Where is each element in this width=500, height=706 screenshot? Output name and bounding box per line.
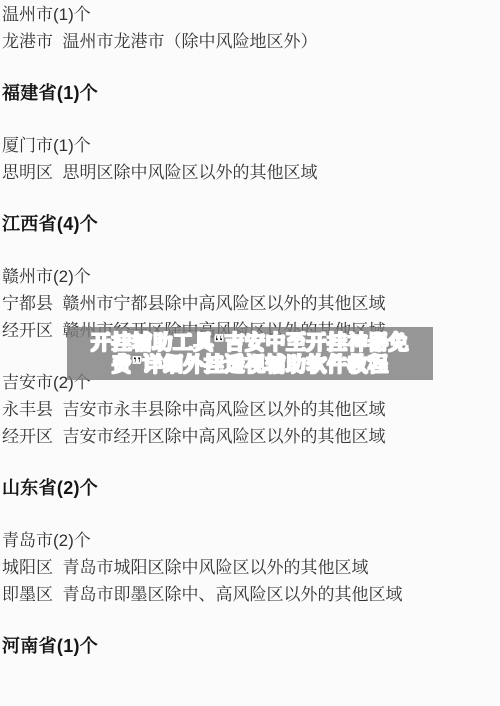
watermark-text-line1: 开挂辅助工具“吉安中至开挂神器免 [91, 332, 409, 354]
region-group-jian: 吉安市(2)个 永丰县 吉安市永丰县除中高风险区以外的其他区域 经开区 吉安市经… [2, 369, 492, 450]
watermark-overlay: 开挂辅助工具“吉安中至开挂神器免 费”详细外挂透视辅助软件教程 [67, 327, 433, 380]
watermark-text-line2: 费”详细外挂透视辅助软件教程 [112, 354, 389, 376]
province-heading-henan: 河南省(1)个 [2, 633, 492, 660]
district-line: 城阳区 青岛市城阳区除中风险区以外的其他区域 [2, 554, 492, 581]
city-count-line: 温州市(1)个 [2, 1, 492, 28]
district-line: 思明区 思明区除中风险区以外的其他区域 [2, 159, 492, 186]
province-heading: 福建省(1)个 [2, 80, 492, 107]
district-line: 经开区 吉安市经开区除中高风险区以外的其他区域 [2, 423, 492, 450]
region-group-qingdao: 青岛市(2)个 城阳区 青岛市城阳区除中风险区以外的其他区域 即墨区 青岛市即墨… [2, 527, 492, 608]
province-heading: 河南省(1)个 [2, 633, 492, 660]
district-line: 永丰县 吉安市永丰县除中高风险区以外的其他区域 [2, 396, 492, 423]
province-heading: 江西省(4)个 [2, 211, 492, 238]
city-count-line: 赣州市(2)个 [2, 263, 492, 290]
province-heading-fujian: 福建省(1)个 [2, 80, 492, 107]
district-line: 龙港市 温州市龙港市（除中风险地区外） [2, 28, 492, 55]
city-count-line: 青岛市(2)个 [2, 527, 492, 554]
city-count-line: 厦门市(1)个 [2, 132, 492, 159]
province-heading-shandong: 山东省(2)个 [2, 475, 492, 502]
region-group-xiamen: 厦门市(1)个 思明区 思明区除中风险区以外的其他区域 [2, 132, 492, 186]
risk-area-article: 温州市(1)个 龙港市 温州市龙港市（除中风险地区外） 福建省(1)个 厦门市(… [0, 0, 500, 706]
province-heading: 山东省(2)个 [2, 475, 492, 502]
district-line: 宁都县 赣州市宁都县除中高风险区以外的其他区域 [2, 290, 492, 317]
province-heading-jiangxi: 江西省(4)个 [2, 211, 492, 238]
region-group-wenzhou: 温州市(1)个 龙港市 温州市龙港市（除中风险地区外） [2, 1, 492, 55]
district-line: 即墨区 青岛市即墨区除中、高风险区以外的其他区域 [2, 581, 492, 608]
